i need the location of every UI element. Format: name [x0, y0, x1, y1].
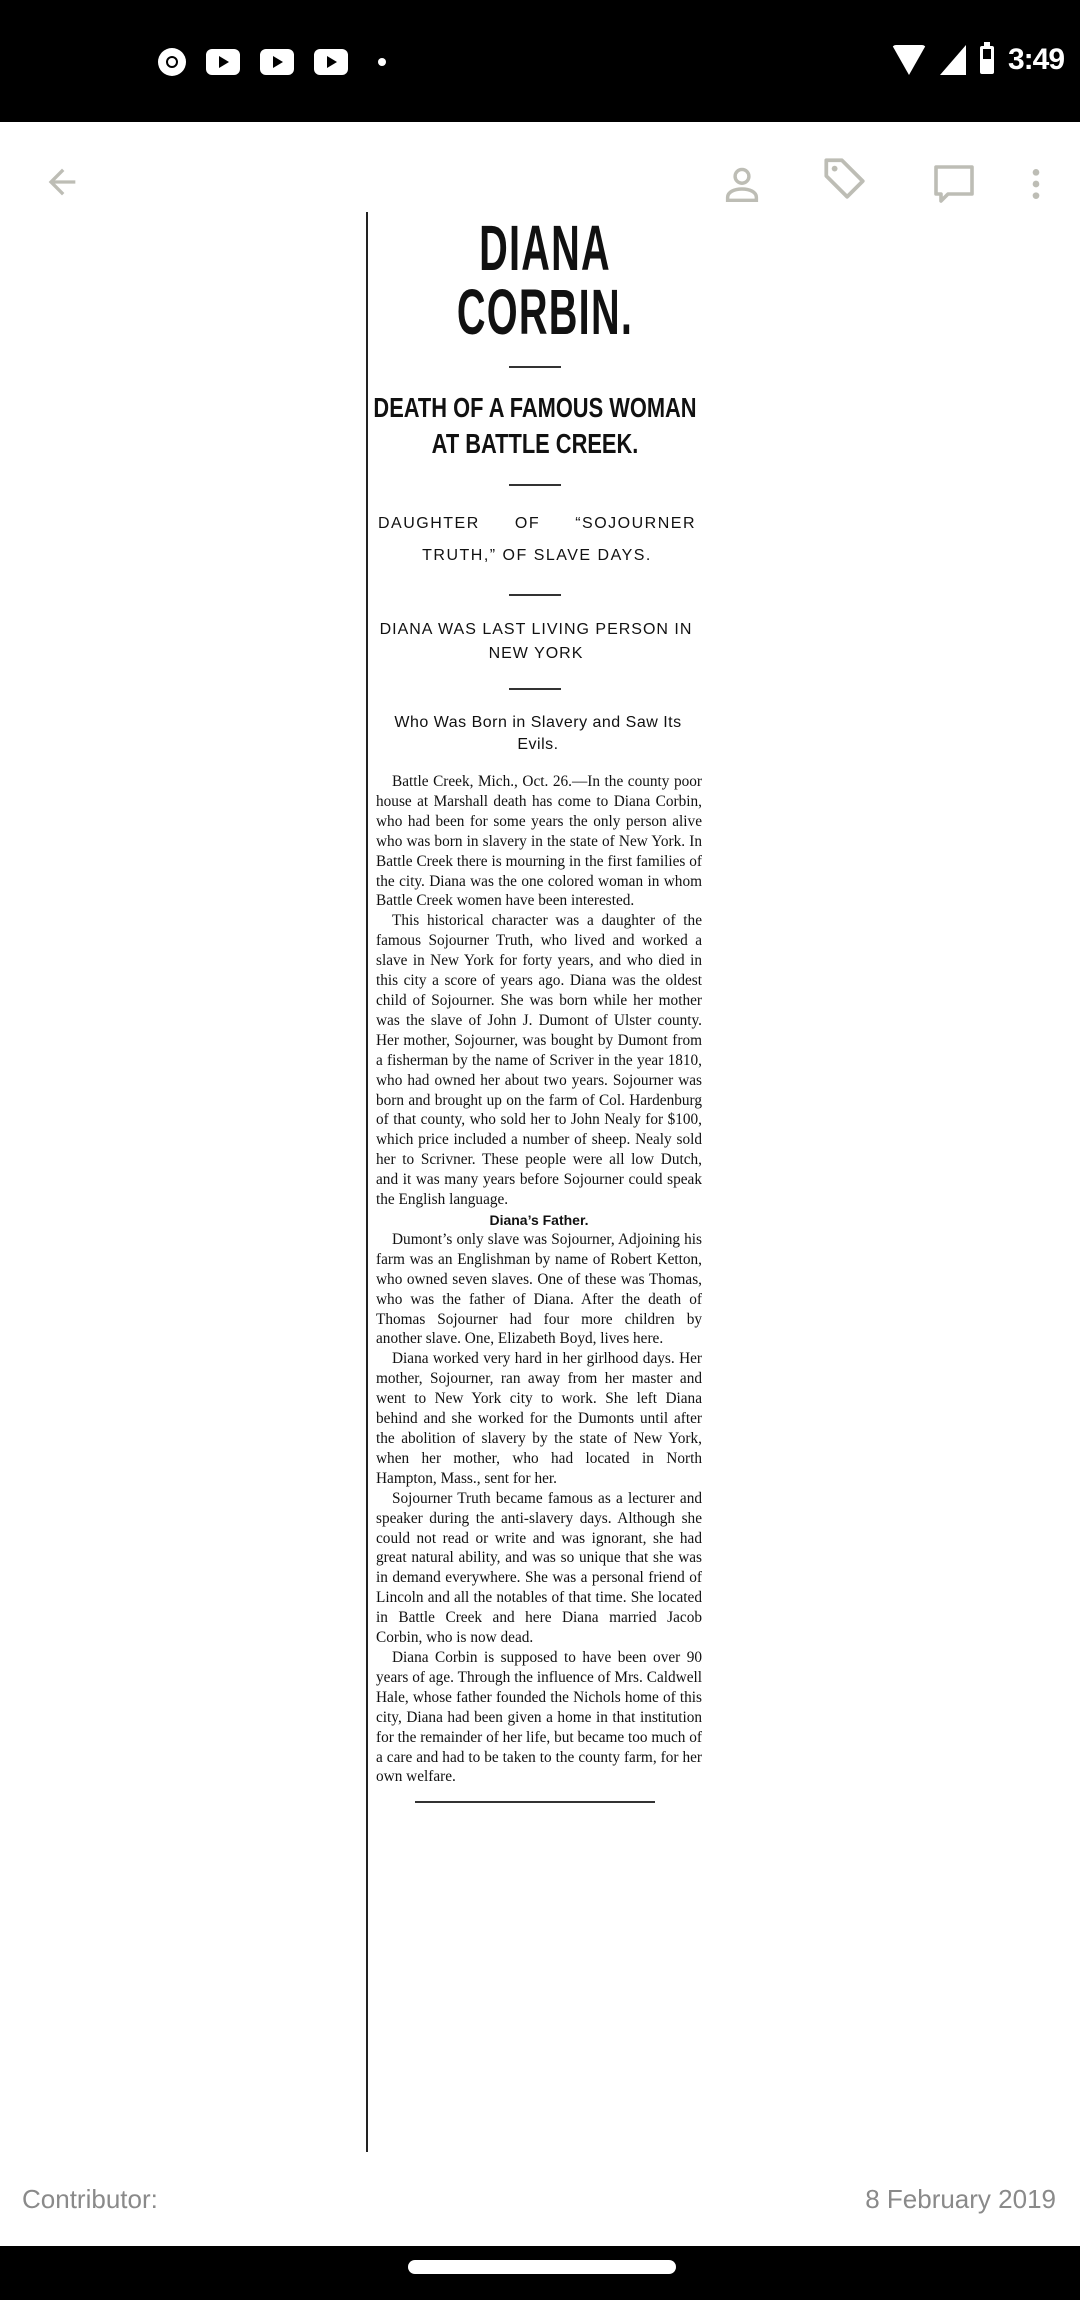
- divider: [509, 484, 561, 486]
- youtube-icon: [260, 49, 294, 75]
- back-button[interactable]: [30, 150, 94, 214]
- newspaper-clipping[interactable]: DIANA CORBIN. DEATH OF A FAMOUS WOMAN AT…: [366, 212, 704, 2152]
- wifi-icon: [892, 45, 926, 75]
- more-notifications-dot-icon: [378, 58, 386, 66]
- paragraph: Diana Corbin is supposed to have been ov…: [376, 1648, 702, 1787]
- youtube-icon: [314, 49, 348, 75]
- person-button[interactable]: [710, 152, 774, 216]
- article-body: Battle Creek, Mich., Oct. 26.—In the cou…: [366, 772, 704, 1787]
- youtube-icon: [206, 49, 240, 75]
- home-gesture-handle[interactable]: [408, 2260, 676, 2274]
- paragraph: Sojourner Truth became famous as a lectu…: [376, 1489, 702, 1648]
- article-headline: DIANA CORBIN.: [391, 216, 700, 344]
- notification-icons: [158, 45, 386, 79]
- article-deck-4: Who Was Born in Slavery and Saw Its Evil…: [366, 712, 704, 756]
- tag-icon: [819, 153, 869, 203]
- tag-button[interactable]: [812, 146, 876, 210]
- cellular-signal-icon: [940, 45, 966, 75]
- paragraph: Battle Creek, Mich., Oct. 26.—In the cou…: [376, 772, 702, 911]
- clock: 3:49: [1008, 43, 1064, 77]
- paragraph: This historical character was a daughter…: [376, 911, 702, 1210]
- comment-icon: [930, 160, 978, 208]
- status-bar: 3:49: [0, 0, 1080, 122]
- article-deck-1: DEATH OF A FAMOUS WOMAN AT BATTLE CREEK.: [372, 390, 698, 462]
- divider: [509, 594, 561, 596]
- deck-2-line-2: TRUTH,” OF SLAVE DAYS.: [378, 540, 696, 572]
- paragraph: Dumont’s only slave was Sojourner, Adjoi…: [376, 1230, 702, 1349]
- more-vert-icon: [1016, 164, 1056, 204]
- article-deck-3: DIANA WAS LAST LIVING PERSON IN NEW YORK: [366, 618, 704, 666]
- metadata-footer: Contributor: 8 February 2019: [0, 2176, 1080, 2244]
- system-icons: 3:49: [892, 40, 1064, 80]
- arrow-back-icon: [42, 162, 82, 202]
- chrome-icon: [158, 48, 186, 76]
- navigation-bar: [0, 2246, 1080, 2300]
- person-icon: [719, 161, 765, 207]
- contributor-label: Contributor:: [22, 2184, 158, 2215]
- article-subhead: Diana’s Father.: [376, 1210, 702, 1230]
- deck-2-line-1: DAUGHTER OF “SOJOURNER: [378, 508, 696, 540]
- comment-button[interactable]: [922, 152, 986, 216]
- paragraph: Diana worked very hard in her girlhood d…: [376, 1349, 702, 1488]
- article-deck-2: DAUGHTER OF “SOJOURNER TRUTH,” OF SLAVE …: [366, 508, 704, 572]
- column-rule: [366, 212, 368, 2152]
- divider: [509, 366, 561, 368]
- divider: [509, 688, 561, 690]
- end-divider: [415, 1801, 655, 1803]
- upload-date: 8 February 2019: [865, 2184, 1056, 2215]
- more-options-button[interactable]: [1004, 152, 1068, 216]
- battery-icon: [980, 46, 994, 74]
